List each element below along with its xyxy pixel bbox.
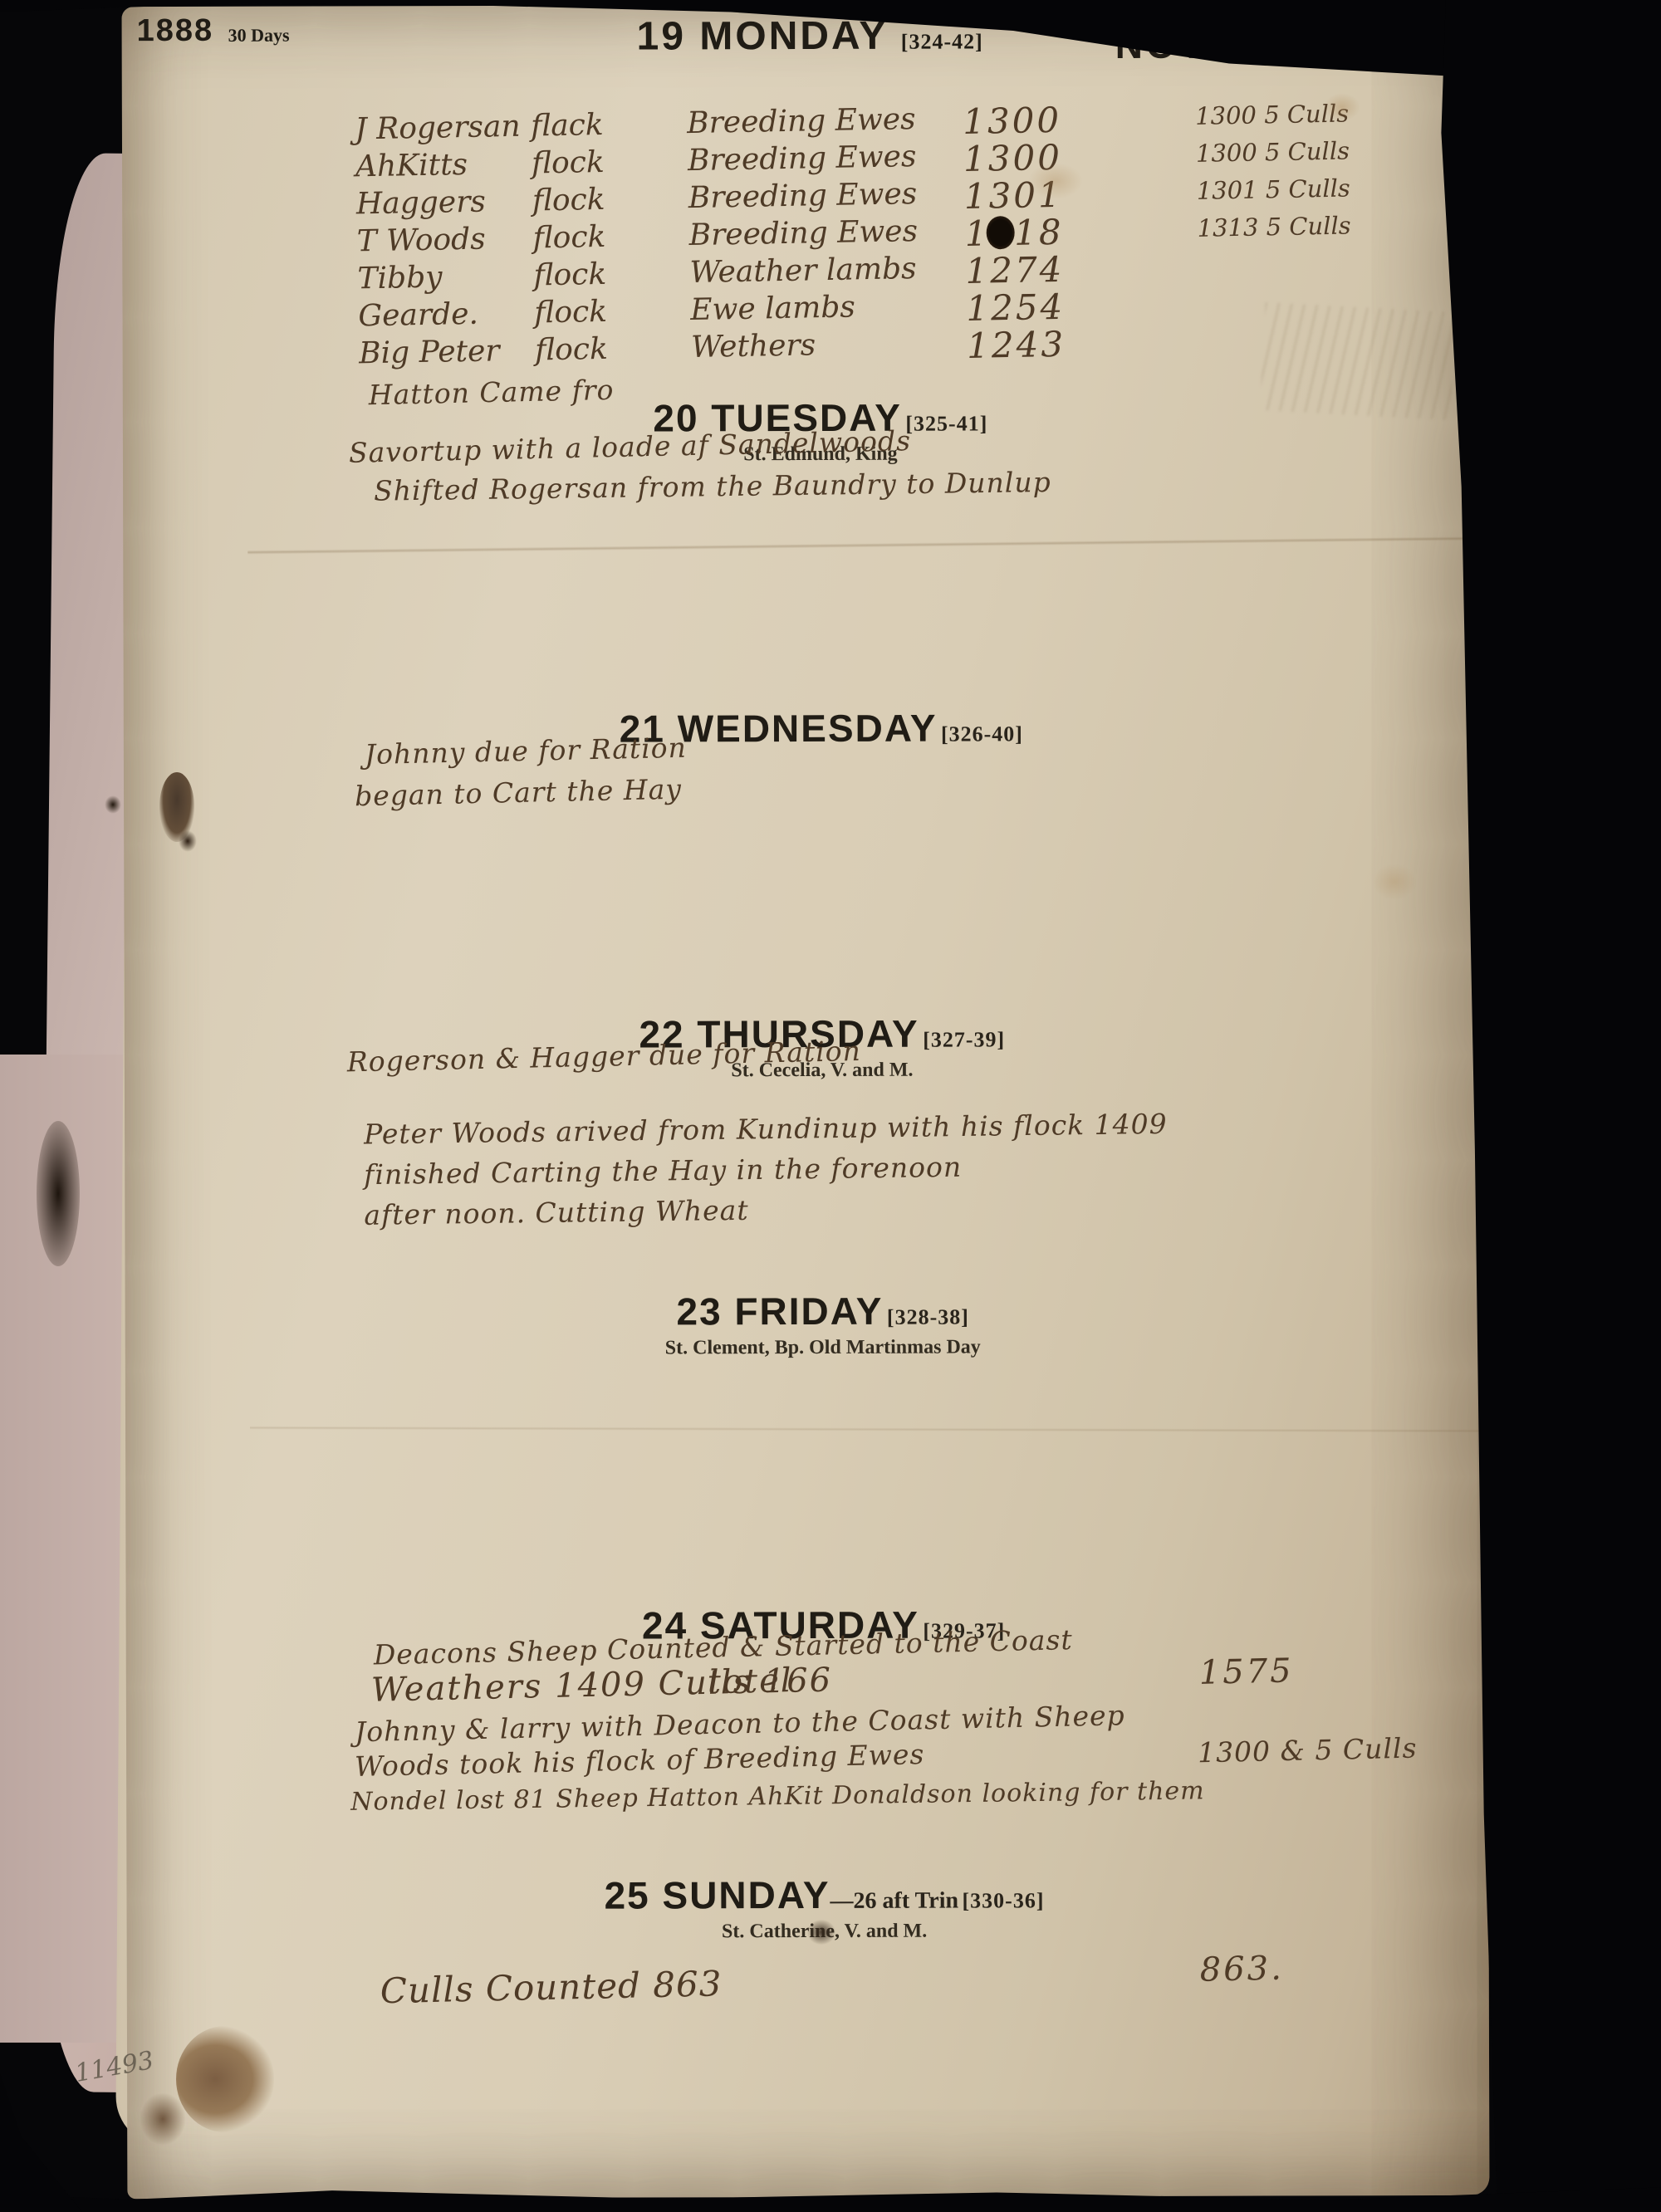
monday-title-text: 19 MONDAY — [637, 14, 888, 59]
stock-type: Weather lambs — [689, 252, 917, 290]
monday-ref: [324-42] — [901, 29, 983, 53]
entry-peter-woods: Peter Woods arived from Kundinup with hi… — [364, 1108, 1168, 1151]
show-through-text — [1260, 302, 1456, 420]
stock-count: 1274 — [965, 249, 1065, 291]
friday-saint: St. Clement, Bp. Old Martinmas Day — [238, 1335, 1409, 1361]
stock-count: 1243 — [967, 324, 1066, 366]
entry-culls-counted: Culls Counted 863 — [380, 1963, 723, 2011]
stock-type: Breeding Ewes — [688, 177, 917, 215]
stock-type: Breeding Ewes — [687, 102, 916, 140]
stock-count: 1254 — [966, 286, 1066, 329]
stock-type: Breeding Ewes — [688, 214, 918, 252]
entry-cutting-wheat: after noon. Cutting Wheat — [364, 1194, 749, 1231]
entry-woods-flock-count: 1300 & 5 Culls — [1198, 1732, 1418, 1769]
day-header-sunday: 25 SUNDAY—26 aft Trin [330-36] St. Cathe… — [238, 1871, 1409, 1945]
entry-total-value: 1575 — [1198, 1652, 1294, 1691]
tuesday-ref: [325-41] — [905, 411, 987, 435]
check-count: 1313 5 Culls — [1197, 211, 1351, 242]
entry-hatton: Hatton Came fro — [368, 374, 614, 411]
entry-culls-side-note: 863. — [1199, 1950, 1284, 1989]
flock-owner: Big Peter — [359, 334, 500, 370]
stock-count: 1300 — [963, 137, 1063, 179]
entry-johnny-ration: Johnny due for Ration — [365, 732, 688, 771]
entry-total-label: totel — [707, 1661, 793, 1701]
flock-word: flock — [532, 220, 605, 256]
days-count-label: 30 Days — [228, 25, 290, 46]
sunday-title: 25 SUNDAY — [604, 1873, 830, 1917]
page-crease — [247, 536, 1576, 555]
flock-word: flock — [533, 257, 606, 293]
flock-owner: T Woods — [356, 223, 486, 259]
flock-owner: Gearde. — [358, 297, 478, 334]
photo-of-diary: 1888 30 Days 19 MONDAY [324-42] NOVEMBER… — [0, 0, 1661, 2212]
entry-cart-hay: began to Cart the Hay — [355, 773, 683, 813]
stock-type: Ewe lambs — [690, 290, 855, 327]
flock-word: flack — [531, 108, 604, 144]
flock-word: flock — [532, 145, 605, 181]
stock-count: 1301 — [963, 174, 1063, 217]
stock-type: Breeding Ewes — [688, 139, 917, 178]
thursday-ref: [327-39] — [923, 1027, 1005, 1051]
flock-word: flock — [535, 332, 608, 368]
friday-ref: [328-38] — [887, 1304, 969, 1329]
friday-title: 23 FRIDAY — [676, 1290, 883, 1334]
entry-finished-carting: finished Carting the Hay in the forenoon — [364, 1151, 962, 1191]
year-label: 1888 — [137, 13, 214, 49]
sunday-suffix: —26 aft Trin — [830, 1888, 958, 1914]
sunday-saint: St. Catherine, V. and M. — [239, 1919, 1410, 1945]
flock-word: flock — [532, 183, 605, 218]
check-count: 1300 5 Culls — [1196, 136, 1350, 167]
sunday-ref: [330-36] — [962, 1888, 1044, 1912]
check-count: 1300 5 Culls — [1195, 99, 1350, 130]
check-count: 1301 5 Culls — [1196, 174, 1350, 204]
previous-page-edge-lower — [0, 1055, 133, 2043]
stock-count: 1300 — [963, 100, 1062, 142]
page-crease — [250, 1427, 1595, 1433]
flock-owner: Tibby — [357, 261, 443, 296]
flock-owner: J Rogersan — [355, 110, 521, 147]
flock-owner: AhKitts — [355, 148, 468, 184]
flock-owner: Haggers — [356, 185, 487, 222]
entry-lost-sheep: Nondel lost 81 Sheep Hatton AhKit Donald… — [350, 1776, 1205, 1816]
day-header-friday: 23 FRIDAY [328-38] St. Clement, Bp. Old … — [238, 1287, 1409, 1361]
entry-shifted-rogersan: Shifted Rogersan from the Baundry to Dun… — [374, 466, 1051, 507]
stock-type: Wethers — [691, 328, 816, 365]
wednesday-ref: [326-40] — [941, 722, 1023, 746]
flock-word: flock — [534, 295, 607, 330]
